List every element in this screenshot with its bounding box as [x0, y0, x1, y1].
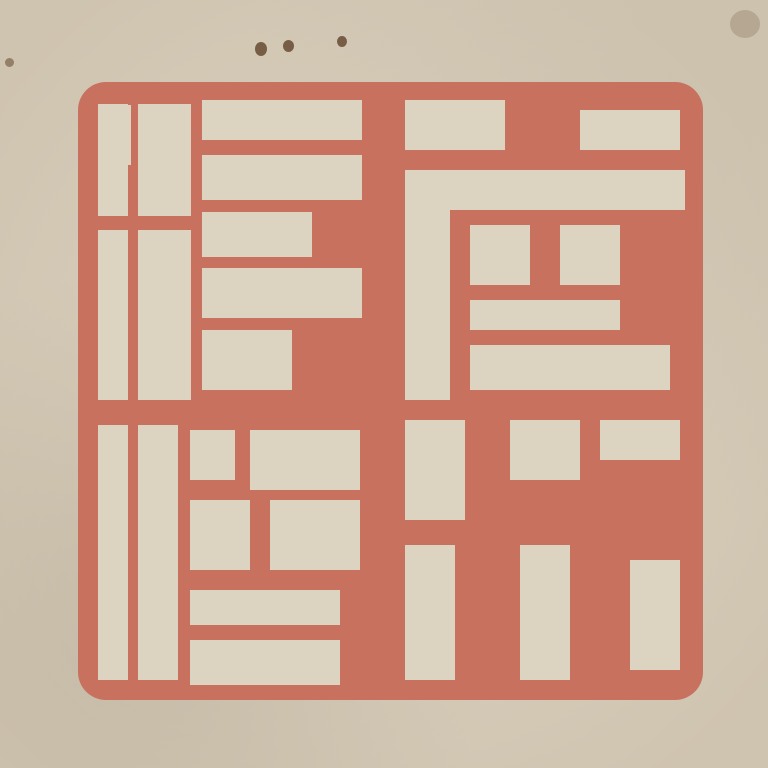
seal-impression — [0, 0, 768, 768]
